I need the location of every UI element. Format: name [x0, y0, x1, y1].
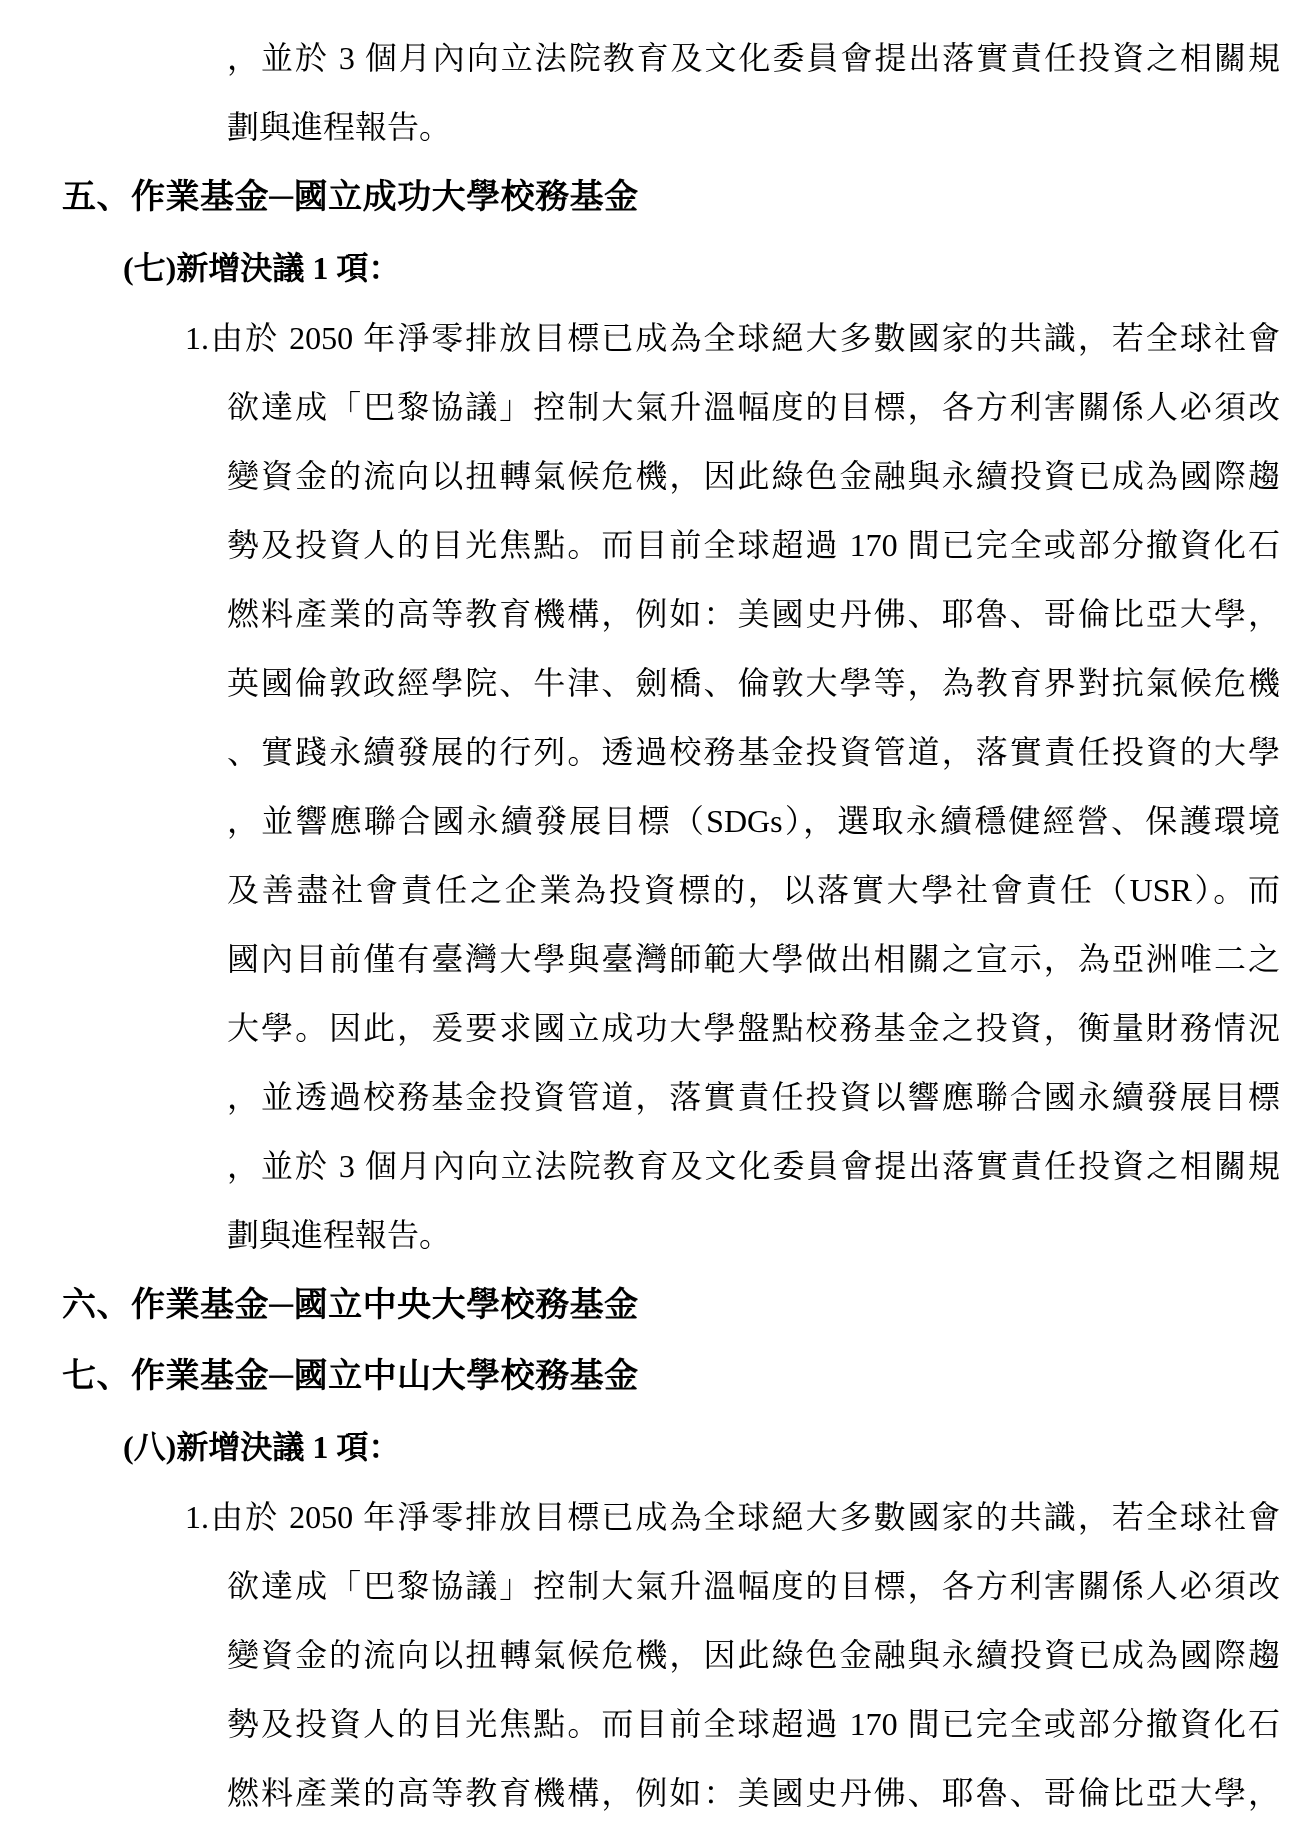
section-heading-7: 七、作業基金─國立中山大學校務基金 — [62, 1341, 1312, 1412]
text-line: 變資金的流向以扭轉氣候危機，因此綠色金融與永續投資已成為國際趨 — [227, 1621, 1280, 1690]
text-line: ，並響應聯合國永續發展目標（SDGs），選取永續穩健經營、保護環境 — [227, 787, 1280, 856]
text-segment: 由於 2050 年淨零排放目標已成為全球絕大多數國家的共識，若全球社會 — [209, 320, 1280, 356]
text-segment: 由於 2050 年淨零排放目標已成為全球絕大多數國家的共識，若全球社會 — [209, 1499, 1280, 1535]
text-line: 英國倫敦政經學院、牛津、劍橋、倫敦大學等，為教育界對抗氣候危機 — [227, 649, 1280, 718]
text-line: 欲達成「巴黎協議」控制大氣升溫幅度的目標，各方利害關係人必須改 — [227, 1552, 1280, 1621]
section-heading-5: 五、作業基金─國立成功大學校務基金 — [62, 162, 1312, 233]
list-number: 1. — [185, 320, 209, 356]
numbered-item-2: 1.由於 2050 年淨零排放目標已成為全球絕大多數國家的共識，若全球社會 欲達… — [0, 1483, 1312, 1828]
text-line: ，並於 3 個月內向立法院教育及文化委員會提出落實責任投資之相關規 — [227, 1132, 1280, 1201]
text-line: 欲達成「巴黎協議」控制大氣升溫幅度的目標，各方利害關係人必須改 — [227, 373, 1280, 442]
list-number: 1. — [185, 1499, 209, 1535]
text-line: 1.由於 2050 年淨零排放目標已成為全球絕大多數國家的共識，若全球社會 — [185, 304, 1280, 373]
sub-heading-7: (七)新增決議 1 項： — [123, 233, 1312, 304]
document-page: ，並於 3 個月內向立法院教育及文化委員會提出落實責任投資之相關規 劃與進程報告… — [0, 0, 1312, 1848]
text-line: 大學。因此，爰要求國立成功大學盤點校務基金之投資，衡量財務情況 — [227, 994, 1280, 1063]
text-line: 勢及投資人的目光焦點。而目前全球超過 170 間已完全或部分撤資化石 — [227, 1690, 1280, 1759]
continuation-paragraph: ，並於 3 個月內向立法院教育及文化委員會提出落實責任投資之相關規 劃與進程報告… — [0, 24, 1312, 162]
text-line: 勢及投資人的目光焦點。而目前全球超過 170 間已完全或部分撤資化石 — [227, 511, 1280, 580]
sub-heading-8: (八)新增決議 1 項： — [123, 1412, 1312, 1483]
text-line: 及善盡社會責任之企業為投資標的，以落實大學社會責任（USR）。而 — [227, 856, 1280, 925]
text-line: 國內目前僅有臺灣大學與臺灣師範大學做出相關之宣示，為亞洲唯二之 — [227, 925, 1280, 994]
text-line: 燃料產業的高等教育機構，例如：美國史丹佛、耶魯、哥倫比亞大學， — [227, 580, 1280, 649]
text-line: 燃料產業的高等教育機構，例如：美國史丹佛、耶魯、哥倫比亞大學， — [227, 1759, 1280, 1828]
text-line: 、實踐永續發展的行列。透過校務基金投資管道，落實責任投資的大學 — [227, 718, 1280, 787]
section-heading-6: 六、作業基金─國立中央大學校務基金 — [62, 1270, 1312, 1341]
text-line: ，並於 3 個月內向立法院教育及文化委員會提出落實責任投資之相關規 — [227, 24, 1280, 93]
text-line: ，並透過校務基金投資管道，落實責任投資以響應聯合國永續發展目標 — [227, 1063, 1280, 1132]
text-line: 1.由於 2050 年淨零排放目標已成為全球絕大多數國家的共識，若全球社會 — [185, 1483, 1280, 1552]
numbered-item-1: 1.由於 2050 年淨零排放目標已成為全球絕大多數國家的共識，若全球社會 欲達… — [0, 304, 1312, 1270]
text-line: 劃與進程報告。 — [227, 1201, 1280, 1270]
text-line: 劃與進程報告。 — [227, 93, 1280, 162]
text-line: 變資金的流向以扭轉氣候危機，因此綠色金融與永續投資已成為國際趨 — [227, 442, 1280, 511]
